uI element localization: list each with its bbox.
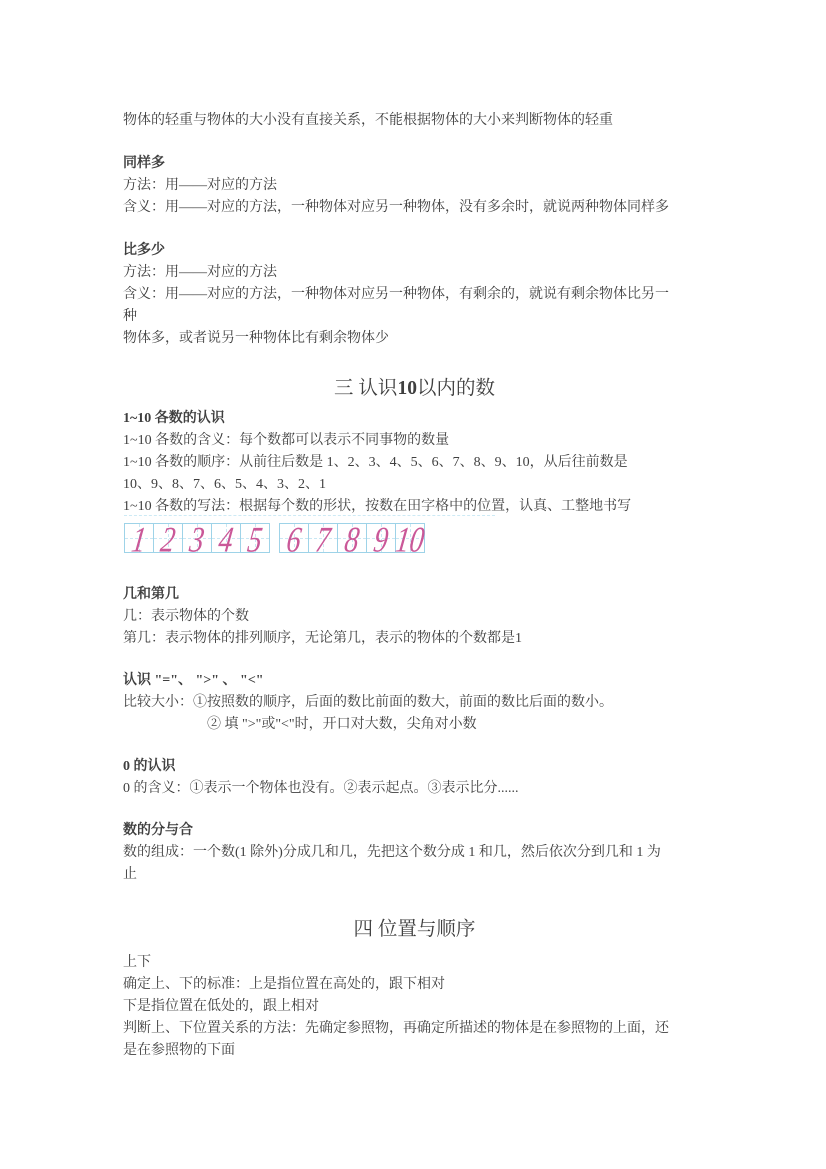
grid-cell: 2 <box>154 523 183 553</box>
digit-grid-group-1-5: 1 2 3 4 5 <box>124 523 270 553</box>
handwritten-digit: 6 <box>285 521 304 557</box>
updown-standard-line2: 下是指位置在低处的，跟上相对 <box>123 996 706 1018</box>
compare-size-line1: 比较大小：①按照数的顺序，后面的数比前面的数大，前面的数比后面的数小。 <box>123 692 706 714</box>
heading-ji-and-diji: 几和第几 <box>123 584 706 606</box>
handwritten-digit: 10 <box>393 521 426 557</box>
numbers-meaning: 1~10 各数的含义：每个数都可以表示不同事物的数量 <box>123 430 706 452</box>
handwritten-digit: 5 <box>246 521 265 557</box>
grid-cell: 8 <box>338 523 367 553</box>
updown-label: 上下 <box>123 952 706 974</box>
same-amount-method: 方法：用——对应的方法 <box>123 175 706 197</box>
heading-split-combine: 数的分与合 <box>123 820 706 842</box>
ji-definition: 几：表示物体的个数 <box>123 606 706 628</box>
heading-zero-recognition: 0 的认识 <box>123 756 706 778</box>
compare-amount-method: 方法：用——对应的方法 <box>123 262 706 284</box>
handwritten-digit: 2 <box>159 521 178 557</box>
document-page: { "colors": { "text": "#3f3f3f", "grid_b… <box>0 0 826 1169</box>
section-three-title-prefix: 三 认识 <box>334 378 397 399</box>
grid-cell: 5 <box>241 523 270 553</box>
heading-compare-amount: 比多少 <box>123 240 706 262</box>
grid-cell: 6 <box>279 523 309 553</box>
compare-amount-meaning-line1: 含义：用——对应的方法，一种物体对应另一种物体，有剩余的，就说有剩余物体比另一 <box>123 284 706 306</box>
section-title-four: 四 位置与顺序 <box>123 914 706 946</box>
updown-judge-line1: 判断上、下位置关系的方法：先确定参照物，再确定所描述的物体是在参照物的上面，还 <box>123 1018 706 1040</box>
grid-cell: 4 <box>212 523 241 553</box>
diji-definition: 第几：表示物体的排列顺序，无论第几，表示的物体的个数都是1 <box>123 628 706 650</box>
text-column: 物体的轻重与物体的大小没有直接关系，不能根据物体的大小来判断物体的轻重 同样多 … <box>123 0 706 1062</box>
updown-judge-line2: 是在参照物的下面 <box>123 1040 706 1062</box>
compare-amount-meaning-line3: 物体多，或者说另一种物体比有剩余物体少 <box>123 328 706 350</box>
grid-cell: 9 <box>367 523 396 553</box>
compare-amount-meaning-line2: 种 <box>123 306 706 328</box>
heading-same-amount: 同样多 <box>123 153 706 175</box>
grid-cell: 3 <box>183 523 212 553</box>
handwritten-digit: 1 <box>130 521 149 557</box>
section-title-three: 三 认识10以内的数 <box>123 373 706 405</box>
grid-top-dashed-artifact <box>124 515 495 516</box>
heading-numbers-recognition: 1~10 各数的认识 <box>123 408 706 430</box>
heading-comparison-symbols: 认识 "="、 ">" 、 "<" <box>123 670 706 692</box>
handwritten-digit: 9 <box>372 521 391 557</box>
zero-meaning: 0 的含义：①表示一个物体也没有。②表示起点。③表示比分...... <box>123 778 706 800</box>
compare-size-line2: ② 填 ">"或"<"时，开口对大数，尖角对小数 <box>123 714 706 736</box>
number-composition-line2: 止 <box>123 864 706 886</box>
same-amount-meaning: 含义：用——对应的方法，一种物体对应另一种物体，没有多余时，就说两种物体同样多 <box>123 197 706 219</box>
numbers-order-line2: 10、9、8、7、6、5、4、3、2、1 <box>123 474 706 496</box>
handwritten-digit: 8 <box>343 521 362 557</box>
grid-cell: 1 <box>124 523 154 553</box>
grid-cell: 10 <box>396 523 425 553</box>
digit-grid-group-6-10: 6 7 8 9 10 <box>279 523 425 553</box>
handwritten-digit: 4 <box>217 521 236 557</box>
number-composition-line1: 数的组成：一个数(1 除外)分成几和几，先把这个数分成 1 和几，然后依次分到几… <box>123 842 706 864</box>
handwritten-digit: 7 <box>314 521 333 557</box>
section-three-title-number: 10 <box>397 378 417 399</box>
grid-cell: 7 <box>309 523 338 553</box>
digit-practice-grid-image: 1 2 3 4 5 6 7 8 9 10 <box>124 523 706 553</box>
intro-text: 物体的轻重与物体的大小没有直接关系，不能根据物体的大小来判断物体的轻重 <box>123 110 706 132</box>
handwritten-digit: 3 <box>188 521 207 557</box>
numbers-order-line1: 1~10 各数的顺序：从前往后数是 1、2、3、4、5、6、7、8、9、10，从… <box>123 452 706 474</box>
updown-standard-line1: 确定上、下的标准：上是指位置在高处的，跟下相对 <box>123 974 706 996</box>
section-three-title-suffix: 以内的数 <box>417 378 495 399</box>
